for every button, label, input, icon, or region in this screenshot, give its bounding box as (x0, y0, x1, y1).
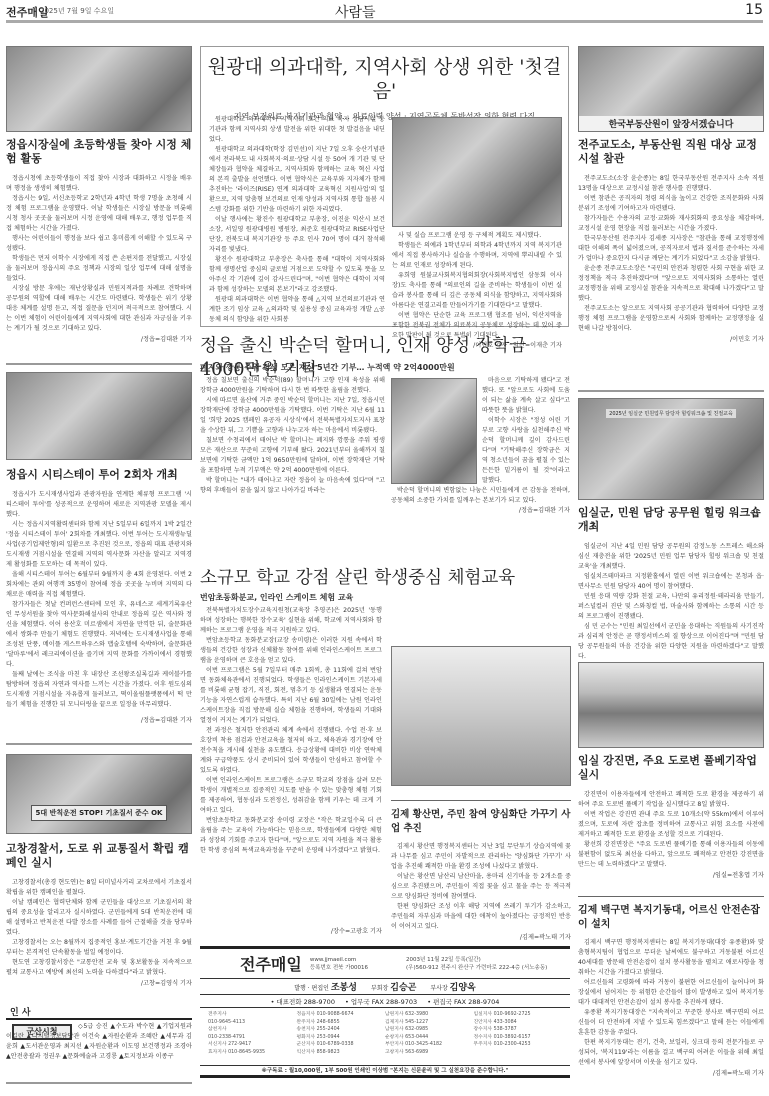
branch-name: 평화지사 (297, 1035, 316, 1040)
branch-phone: 632-3980 (405, 1012, 428, 1017)
divider (578, 896, 764, 897)
byline: /정읍=김대완 기자 (6, 715, 192, 724)
branch-phone: 253-0944 (317, 1035, 340, 1040)
paragraph: 학생들은 의예과 1학년부터 의학과 4학년까지 지역 복지기관에서 직접 봉사… (392, 241, 562, 271)
page-number: 15 (745, 2, 763, 18)
branch-name: 남원지사 (385, 1012, 404, 1017)
label: 부사장 (430, 985, 447, 992)
branch-name: 익산지사 (297, 1050, 316, 1055)
lead-article-box: 원광대 의과대학, 지역사회 상생 위한 '첫걸음' 지역 보건의료 복지기관과… (200, 46, 569, 327)
colophon-phones: • 대표전화 288-9700 • 업무국 FAX 288-9703 • 편집국… (200, 995, 570, 1008)
colophon-footer: ※구독료 : 월10,000원, 1부 500원 인쇄인 이상범 "본지는 신문… (200, 1066, 570, 1076)
article-body: 전주교도소(소장 윤순종)는 8일 한국부동산원 전주지사 소속 직원 13명을… (578, 174, 764, 334)
lead-body-right: 사 및 실습 프로그램 운영 등 구체적 계획도 제시했다. 학생들은 의예과 … (392, 231, 562, 351)
school-body: 전북특별자치도장수교육지원청(교육장 추영곤)은 2025년 '동행하며 성장하… (200, 606, 382, 926)
branch-phone: 248-6855 (317, 1020, 340, 1025)
branch-name: 남원지사 (385, 1027, 404, 1032)
branch-phone: 272-9417 (228, 1042, 251, 1047)
paragraph: 정읍 칠보면 출신의 박순덕(89) 할머니가 고향 인재 육성을 위해 장학금… (200, 376, 385, 396)
byline: /정읍=김대완 기자 (391, 506, 570, 516)
headline: 김제 백구면 복지기동대, 어르신 안전손잡이 설치 (578, 904, 764, 932)
photo-banner-text: 한국부동산원이 앞장서겠습니다 (579, 116, 763, 131)
paragraph: 고창경찰서(총경 현도연)는 8일 터미널사거리 교차로에서 기초질서 확립을 … (6, 878, 192, 898)
donation-body-right: 마음으로 기탁하게 됐다"고 전했다. 또 "앞으로도 사회에 도움이 되는 삶… (482, 376, 570, 484)
paragraph: 전주교도소(소장 윤순종)는 8일 한국부동산원 전주지사 소속 직원 13명을… (578, 174, 764, 194)
branch-name: 완주지사 (297, 1020, 316, 1025)
colophon-web-reg: www.jjmaeil.com 등록번호 전북 가00016 (310, 956, 368, 972)
headline: 정읍시 시티스테이 투어 2회차 개최 (6, 468, 192, 482)
paragraph: 한편 양심화단 조성 이후 해당 지역에 쓰레기 투기가 감소하고, 주민들의 … (391, 902, 571, 932)
donation-headline: 정읍 출신 박순덕 할머니, 인재 양성 장학금 4000만원 기탁 (200, 334, 570, 382)
article-imsil-gangjin: 임실 강진면, 주요 도로변 풀베기작업 실시 강진면이 이용자들에게 안전하고… (578, 754, 764, 879)
paragraph: 원광대 의과대학은 이번 협약을 통해 △지역 보건의료기관과 연계한 조기 임… (209, 295, 385, 325)
paragraph: 김제시 황산면 행정복지센터는 지난 3일 무단투기 상습지역에 꽃과 나무를 … (391, 842, 571, 872)
paragraph: 원광대학교 의과대학(학장 김민선)이 지난 7일 오후 숭산기념관에서 전라북… (209, 145, 385, 215)
branch-phone: 010-8645-9935 (228, 1050, 265, 1055)
paragraph: 사 및 실습 프로그램 운영 등 구체적 계획도 제시했다. (392, 231, 562, 241)
label: 발행 · 편집인 (294, 985, 329, 992)
paragraph: 마음으로 기탁하게 됐다"고 전했다. 또 "앞으로도 사회에 도움이 되는 삶… (482, 376, 570, 416)
section-title: 사람들 (335, 2, 376, 22)
branch-phone: 010-6789-0338 (317, 1042, 354, 1047)
article-gimje-hwangsan: 김제 황산면, 주민 참여 양심화단 가꾸기 사업 추진 김제시 황산면 행정복… (391, 808, 571, 941)
paragraph: 현도연 고창경찰서장은 "교통안전 교육 및 홍보활동을 지속적으로 펼쳐 교통… (6, 958, 192, 978)
phone-business-fax: • 업무국 FAX 288-9703 (345, 997, 417, 1006)
donation-subheadline: 폐지와 깡통 주워 평생 모은 재산 5년간 기부… 누적액 약 2억4000만… (200, 362, 455, 373)
byline: /임실=전홍엽 기자 (578, 870, 764, 879)
paragraph: 유종환 복지기동대장은 "지속적이고 꾸준한 봉사로 백구면의 어르신들이 더 … (578, 1008, 764, 1038)
byline: /고창=김영식 기자 (6, 978, 192, 987)
divider (6, 743, 192, 745)
branch-name: 고창지사 (385, 1050, 404, 1055)
paragraph: 이번 작업은 강진면 관내 주요 도로 10개소(약 55km)에서 이루어졌으… (578, 810, 764, 840)
divider (6, 363, 192, 365)
article-body: 임실군이 지난 4일 민원 담당 공무원의 감정노동 스트레스 해소와 심신 재… (578, 542, 764, 662)
branch-col: 임실지사 010-9692-2725 진안지사 433-3084 장수지사 53… (474, 1011, 563, 1062)
branch-name: 무주지사 (474, 1042, 493, 1047)
paragraph: 원광대학교 의과대학이 지역사회 보건 의료 복지 상담시설 등 기관과 함께 … (209, 115, 385, 145)
photo-inline-skating-kids (391, 646, 571, 786)
paragraph: 민원 응대 역량 강화 친절 교육, 나만의 유리정원·테라리움 만들기, 퍼스… (578, 592, 764, 622)
article-body: 고창경찰서(총경 현도연)는 8일 터미널사거리 교차로에서 기초질서 확립을 … (6, 878, 192, 978)
paragraph: 참가자들은 수용자의 교정·교화와 재사회화의 중요성을 체감하며, 교정시설 … (578, 214, 764, 234)
branch-name: 전주지사 (208, 1012, 227, 1017)
paragraph: 황선희 강진면장은 "주요 도로변 풀베기를 통해 이용자들의 이동에 불편함이… (578, 840, 764, 870)
paragraph: 시장실 방문 후에는 재난상황실과 민원지적과를 차례로 견학하며 공무원의 역… (6, 284, 192, 334)
paragraph: 임실치즈테마파크 지정환홀에서 열린 이번 워크숍에는 본청과 읍·면사무소 민… (578, 572, 764, 592)
branch-phone: 653-0444 (405, 1035, 428, 1040)
article-jeongeup-students: 정읍시장실에 초등학생들 찾아 시정 체험 활동 정읍시청에 초등학생들이 직접… (6, 138, 192, 343)
branch-phone: 010-9645-4113 (208, 1020, 245, 1025)
branch-name: 순창지사 (385, 1035, 404, 1040)
branch-phone: 255-2404 (317, 1027, 340, 1032)
photo-banner-text: 2025년 임실군 민원업무 담당자 힐링워크숍 및 친절교육 (606, 409, 736, 418)
divider (578, 390, 764, 392)
paragraph: 심 민 군수는 "민원 최일선에서 군민을 응대하는 직원들의 사기진작과 심리… (578, 622, 764, 662)
masthead-rule (6, 20, 763, 23)
paragraph: 올해 시티스테이 투어는 6월부터 9월까지 총 4회 운영된다. 이번 2회차… (6, 570, 192, 600)
branch-phone: 010-3425-4182 (405, 1042, 442, 1047)
headline: 정읍시장실에 초등학생들 찾아 시정 체험 활동 (6, 138, 192, 166)
personnel-list: ◇5급 승진 ▲수도과 박수현 ▲기업지원과 이길란 ▲디지털정보담당관 이건숙… (6, 1022, 192, 1062)
school-subheadline: 번암초동화분교, 인라인 스케이트 체험 교육 (200, 592, 353, 603)
headline: 임실 강진면, 주요 도로변 풀베기작업 실시 (578, 754, 764, 782)
branch-col: 정읍지사 010-9088-6674 완주지사 248-6855 송천지사 25… (297, 1011, 386, 1062)
branch-phone: 538-3787 (494, 1027, 517, 1032)
paragraph: 시에 따르면 울산에 거주 중인 박순덕 할머니는 지난 7일, 정읍시민장학재… (200, 396, 385, 436)
article-body: 강진면이 이용자들에게 안전하고 쾌적한 도로 환경을 제공하기 위하여 주요 … (578, 790, 764, 870)
branch-col: 전주지사 010-9645-4113 삼천지사 010-2338-4791 서신… (208, 1011, 297, 1062)
byline: /김제=곽노태 기자 (578, 1068, 764, 1077)
branch-name: 삼천지사 (208, 1027, 227, 1032)
lead-body-left: 원광대학교 의과대학이 지역사회 보건 의료 복지 상담시설 등 기관과 함께 … (209, 115, 385, 325)
branch-name: 정수지사 (474, 1035, 493, 1040)
paragraph: 이날 캠페인은 협력단체와 함께 군민들을 대상으로 기초질서의 확립의 중요성… (6, 898, 192, 938)
school-byline: /장수=고광호 기자 (200, 926, 382, 935)
school-headline: 소규모 학교 강점 살린 학생중심 체험교육 (200, 566, 515, 590)
headline: 전주교도소, 부동산원 직원 대상 교정시설 참관 (578, 138, 764, 166)
article-imsil-workshop: 임실군, 민원 담당 공무원 힐링 워크숍 개최 임실군이 지난 4일 민원 담… (578, 506, 764, 671)
paragraph: 윤순종 전주교도소장은 "국민의 안전과 청렴한 사회 구현을 위한 교정정책을… (578, 264, 764, 304)
registration: 등록번호 전북 가00016 (310, 964, 368, 972)
paragraph: 황진수 원광대학교 부총장은 축사를 통해 "대학이 지역사회와 함께 생명산업… (209, 255, 385, 295)
article-jeonju-prison: 전주교도소, 부동산원 직원 대상 교정시설 참관 전주교도소(소장 윤순종)는… (578, 138, 764, 343)
paragraph: 고창경찰서는 오는 8월까지 집중적인 홍보·계도기간을 거친 후 9월부터는 … (6, 938, 192, 958)
lead-headline: 원광대 의과대학, 지역사회 상생 위한 '첫걸음' (201, 55, 568, 103)
byline: /정읍=김대완 기자 (6, 334, 192, 343)
branch-phone: 433-3084 (494, 1020, 517, 1025)
paragraph: 이번 참관은 공직자의 청렴 의식을 높이고 건강한 조직문화와 사회 분위기 … (578, 194, 764, 214)
byline: /이민호 기자 (578, 334, 764, 343)
paragraph: 한국부동산원 전주지사 김세종 지사장은 "참관을 통해 교정행정에 대한 이해… (578, 234, 764, 264)
article-city-stay-tour: 정읍시 시티스테이 투어 2회차 개최 정읍시가 도시재생사업과 관광자원을 연… (6, 468, 192, 724)
branch-name: 효자지사 (208, 1050, 227, 1055)
paragraph: 이날 행사에는 황진수 원광대학교 부총장, 이진윤 익산시 보건소장, 서일영… (209, 215, 385, 255)
paragraph: 김제시 백구면 행정복지센터는 8일 복지기동대(대장 유종환)와 맞춤형복지팀… (578, 938, 764, 978)
branch-name: 장수지사 (474, 1027, 493, 1032)
branch-phone: 010-2300-4253 (494, 1042, 531, 1047)
paragraph: 박순덕 할머니의 변함없는 나눔은 시민들에게 큰 감동을 전하며, 공동체의 … (391, 486, 570, 506)
paragraph: 이학수 시장은 "정성 어린 기부로 고향 사랑을 실천해주신 박순덕 할머니께… (482, 416, 570, 484)
paragraph: 어르신들의 고령화에 따라 거동이 불편한 어르신들이 늘어나며 화장실에서 넘… (578, 978, 764, 1008)
article-gimje-baekgu: 김제 백구면 복지기동대, 어르신 안전손잡이 설치 김제시 백구면 행정복지센… (578, 904, 764, 1077)
photo-park-soondeok (391, 378, 477, 484)
photo-traffic-campaign: 5대 반칙운전 STOP! 기초질서 준수 OK (6, 754, 192, 834)
masthead: 전주매일 2025년 7월 9일 수요일 사람들 15 (0, 0, 769, 22)
paragraph: 전주교도소는 앞으로도 지역사회 공공기관과 협력하여 다양한 교정행정 체험 … (578, 304, 764, 334)
colophon-staff: 발행 · 편집인 조봉성 부회장 김승곤 부사장 김양옥 (200, 979, 570, 995)
paragraph: 정읍시가 도시재생사업과 관광자원을 연계한 체류형 프로그램 '시티스테이 투… (6, 490, 192, 520)
founded: 2003년 11월 22일 등록(일간) (406, 956, 547, 964)
photo-city-stay-tour-group (6, 372, 192, 460)
branch-name: 임실지사 (474, 1012, 493, 1017)
byline: /김제=곽노태 기자 (391, 932, 571, 941)
paragraph: 번암초등학교 동화분교장 송미령 교장은 "작은 학교일수록 더 큰 울림을 주… (200, 816, 382, 856)
paragraph: 강진면이 이용자들에게 안전하고 쾌적한 도로 환경을 제공하기 위하여 주요 … (578, 790, 764, 810)
branch-col: 남원지사 632-3980 김제지사 545-1227 남원지사 632-098… (385, 1011, 474, 1062)
article-body: 김제시 황산면 행정복지센터는 지난 3일 무단투기 상습지역에 꽃과 나무를 … (391, 842, 571, 932)
photo-imsil-workshop: 2025년 임실군 민원업무 담당자 힐링워크숍 및 친절교육 (578, 398, 764, 500)
headline: 임실군, 민원 담당 공무원 힐링 워크숍 개최 (578, 506, 764, 534)
article-body: 정읍시청에 초등학생들이 직접 찾아 시장과 대화하고 시정을 배우며 행정을 … (6, 174, 192, 334)
paragraph: 둘째 날에는 조식을 마친 후 내장산 조선왕조실록길과 케이블카를 탐방하며 … (6, 670, 192, 710)
phone-editorial-fax: • 편집국 FAX 288-9704 (427, 997, 499, 1006)
article-body: 김제시 백구면 행정복지센터는 8일 복지기동대(대장 유종환)와 맞춤형복지팀… (578, 938, 764, 1068)
paragraph: 이번 인라인스케이트 프로그램은 소규모 학교의 장점을 살려 모든 학생이 개… (200, 776, 382, 816)
phone-main: • 대표전화 288-9700 (271, 997, 335, 1006)
issue-date: 2025년 7월 9일 수요일 (40, 6, 114, 16)
photo-banner-text: 5대 반칙운전 STOP! 기초질서 준수 OK (31, 805, 168, 821)
branch-phone: 010-9692-2725 (494, 1012, 531, 1017)
branch-name: 군산지사 (297, 1042, 316, 1047)
paragraph: 참가자들은 첫날 컨퍼런스센터에 모인 후, 유네스코 세계기록유산인 무성서원… (6, 600, 192, 670)
headline: 고창경찰서, 도로 위 교통질서 확립 캠페인 실시 (6, 842, 192, 870)
branch-name: 진안지사 (474, 1020, 493, 1025)
donation-body-left: 정읍 칠보면 출신의 박순덕(89) 할머니가 고향 인재 육성을 위해 장학금… (200, 376, 385, 508)
branch-name: 송천지사 (297, 1027, 316, 1032)
branch-name: 김제지사 (385, 1020, 404, 1025)
divider (6, 1018, 192, 1020)
branch-name: 서신지사 (208, 1042, 227, 1047)
vice-pres-name: 김양옥 (450, 983, 476, 993)
branch-phone: 010-2338-4791 (208, 1035, 245, 1040)
colophon: 전주매일 www.jjmaeil.com 등록번호 전북 가00016 2003… (200, 946, 570, 1078)
paragraph: 행사는 어린이들이 행정을 보다 쉽고 흥미롭게 이해할 수 있도록 구성됐다. (6, 234, 192, 254)
branch-phone: 632-0985 (405, 1027, 428, 1032)
paragraph: 칠보면 수청리에서 태어난 박 할머니는 폐지와 깡통을 주워 평생 모은 재산… (200, 436, 385, 476)
paragraph: 이날은 황산면 남산리 남산마을, 용마리 신기마을 등 2개소를 중심으로 추… (391, 872, 571, 902)
branch-phone: 563-6989 (405, 1050, 428, 1055)
website: www.jjmaeil.com (310, 956, 368, 964)
donation-body-closing: 박순덕 할머니의 변함없는 나눔은 시민들에게 큰 감동을 전하며, 공동체의 … (391, 486, 570, 516)
article-body: 정읍시가 도시재생사업과 관광자원을 연계한 체류형 프로그램 '시티스테이 투… (6, 490, 192, 715)
paragraph: 임실군이 지난 4일 민원 담당 공무원의 감정노동 스트레스 해소와 심신 재… (578, 542, 764, 572)
vice-chair-name: 김승곤 (390, 983, 416, 993)
publisher-name: 조봉성 (331, 983, 357, 993)
branch-phone: 858-9823 (317, 1050, 340, 1055)
colophon-logo: 전주매일 (240, 952, 302, 975)
paragraph: 정읍시는 9일, 서신초등학교 2학년과 4학년 학생 7명을 초청해 시정 체… (6, 194, 192, 234)
paragraph: 정읍시청에 초등학생들이 직접 찾아 시장과 대화하고 시정을 배우며 행정을 … (6, 174, 192, 194)
paragraph: 시는 정읍시지역활력센터와 함께 지난 5일부터 6일까지 1박 2일간 '정읍… (6, 520, 192, 570)
label: 부회장 (371, 985, 388, 992)
paragraph: 전 과정은 철저한 안전관리 체계 속에서 진행됐다. 수업 전·후 보호장비 … (200, 726, 382, 776)
paragraph: 학생들은 먼저 이학수 시장에게 직접 쓴 손편지를 전달했고, 시장실을 둘러… (6, 254, 192, 284)
photo-students-mayor-office (6, 46, 192, 132)
photo-wonkwang-ceremony (392, 117, 562, 227)
branch-name: 정읍지사 (297, 1012, 316, 1017)
branch-phone: 010-9088-6674 (317, 1012, 354, 1017)
branch-phone: 010-3892-6157 (494, 1035, 531, 1040)
branch-directory: 전주지사 010-9645-4113 삼천지사 010-2338-4791 서신… (200, 1008, 570, 1066)
article-gochang-police: 고창경찰서, 도로 위 교통질서 확립 캠페인 실시 고창경찰서(총경 현도연)… (6, 842, 192, 987)
photo-real-estate-board-group: 한국부동산원이 앞장서겠습니다 (578, 46, 764, 132)
address: (우)560-912 전주시 완산구 가련마로 222-4층 (서노송동) (406, 964, 547, 972)
paragraph: 번암초등학교 동화분교장(교장 송미령)은 이러한 지원 속에서 학생들의 건강… (200, 636, 382, 666)
divider (6, 1082, 192, 1084)
paragraph: 유희영 원불교사회복지협의회장(사회복지법인 삼동회 이사장)도 축사를 통해 … (392, 271, 562, 311)
paragraph: 전북특별자치도장수교육지원청(교육장 추영곤)은 2025년 '동행하며 성장하… (200, 606, 382, 636)
personnel-section-label: 인 사 (10, 1005, 31, 1018)
headline: 김제 황산면, 주민 참여 양심화단 가꾸기 사업 추진 (391, 808, 571, 836)
paragraph: 한편 복지기동대는 전기, 건축, 보일러, 싱크대 등의 전문가들로 구성되어… (578, 1038, 764, 1068)
branch-name: 부안지사 (385, 1042, 404, 1047)
colophon-address: 2003년 11월 22일 등록(일간) (우)560-912 전주시 완산구 … (406, 956, 547, 972)
divider (391, 800, 571, 801)
paragraph: 박 할머니는 "내가 태어나고 자란 정읍이 늘 마음속에 있다"며 "고향의 … (200, 476, 385, 496)
branch-phone: 545-1227 (405, 1020, 428, 1025)
paragraph: 이번 프로그램은 5월 7일부터 매주 1회씩, 총 11회에 걸쳐 번암면 동… (200, 666, 382, 726)
photo-roadside-mowing (578, 662, 764, 748)
